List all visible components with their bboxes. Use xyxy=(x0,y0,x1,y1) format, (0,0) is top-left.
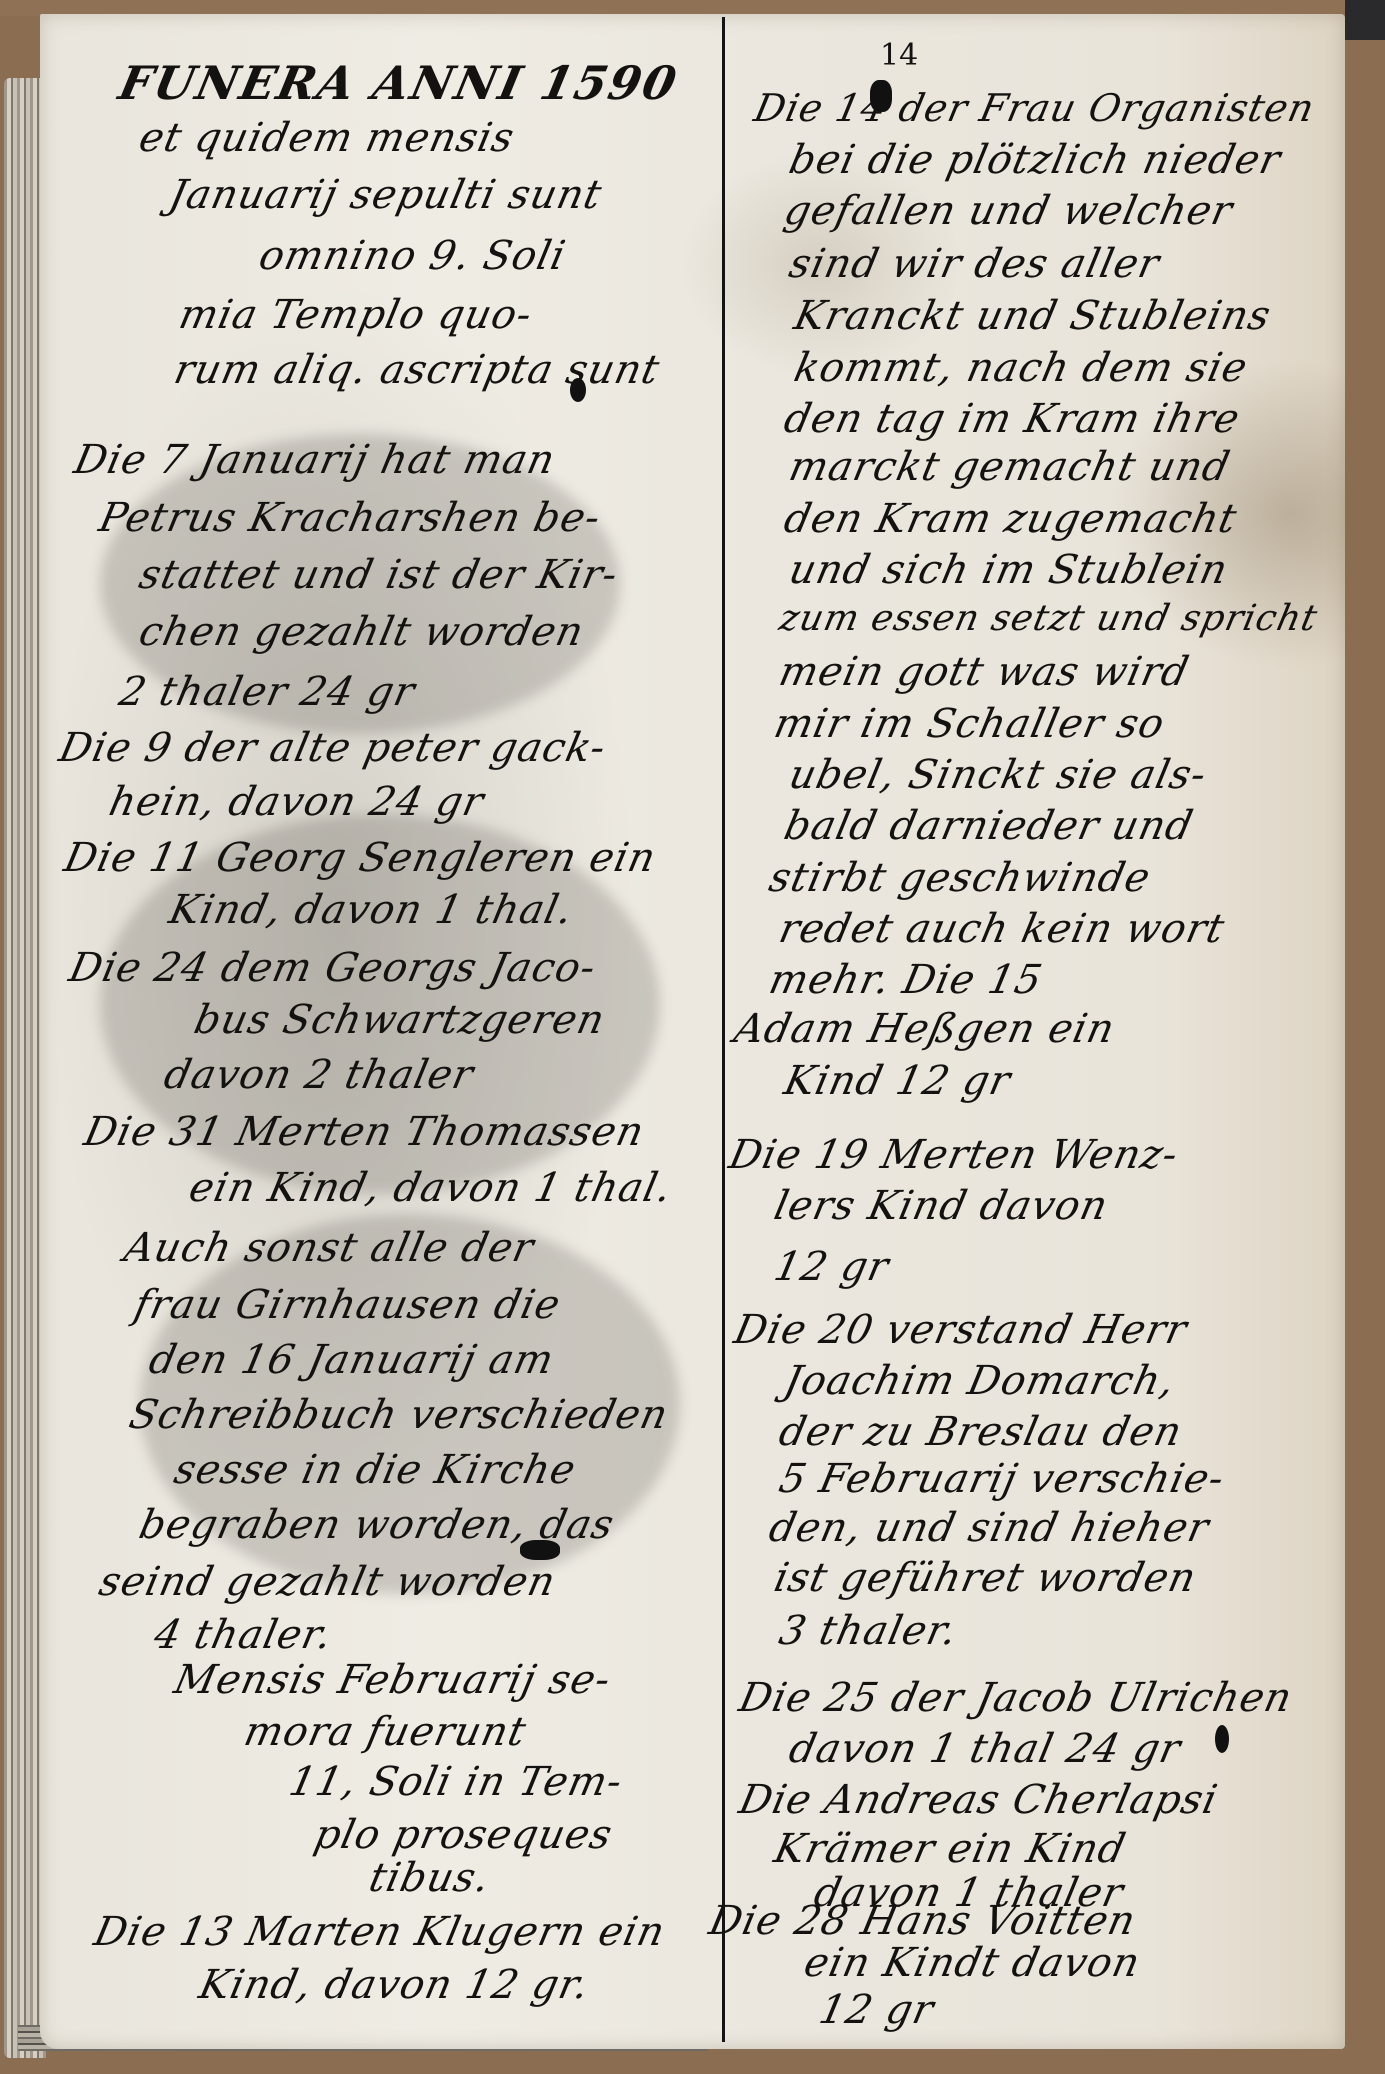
manuscript-line: Die 28 Hans Voitten xyxy=(706,1901,1140,1941)
manuscript-line: stattet und ist der Kir- xyxy=(136,555,622,595)
manuscript-line: begraben worden, das xyxy=(136,1505,618,1545)
manuscript-line: zum essen setzt und spricht xyxy=(776,601,1321,637)
manuscript-line: Schreibbuch verschieden xyxy=(126,1395,672,1435)
manuscript-line: ist geführet worden xyxy=(771,1558,1200,1598)
ink-blot xyxy=(570,378,586,402)
manuscript-line: mehr. Die 15 xyxy=(766,960,1046,1000)
manuscript-line: Die Andreas Cherlapsi xyxy=(736,1780,1222,1820)
ink-blot xyxy=(1215,1725,1229,1753)
ink-blot xyxy=(870,80,892,112)
frame-corner xyxy=(1345,0,1385,40)
manuscript-line: sesse in die Kirche xyxy=(171,1450,580,1490)
manuscript-line: mir im Schaller so xyxy=(771,704,1169,744)
manuscript-line: Mensis Februarij se- xyxy=(171,1660,615,1700)
manuscript-line: Die 19 Merten Wenz- xyxy=(726,1135,1182,1175)
manuscript-line: rum aliq. ascripta sunt xyxy=(171,350,664,390)
manuscript-line: 12 gr xyxy=(771,1247,893,1287)
manuscript-line: marckt gemacht und xyxy=(786,447,1234,487)
manuscript-line: Kind, davon 12 gr. xyxy=(196,1965,593,2005)
manuscript-line: mora fuerunt xyxy=(241,1712,530,1752)
manuscript-line: Joachim Domarch, xyxy=(781,1361,1179,1401)
manuscript-line: 2 thaler 24 gr xyxy=(116,672,419,712)
manuscript-line: Adam Heßgen ein xyxy=(731,1009,1119,1049)
manuscript-line: ein Kind, davon 1 thal. xyxy=(186,1168,676,1208)
manuscript-line: den 16 Januarij am xyxy=(146,1340,558,1380)
manuscript-line: Die 13 Marten Klugern ein xyxy=(91,1912,669,1952)
manuscript-line: Die 9 der alte peter gack- xyxy=(56,728,610,768)
manuscript-line: omnino 9. Soli xyxy=(256,236,570,276)
manuscript-line: FUNERA ANNI 1590 xyxy=(115,60,682,106)
manuscript-line: sind wir des aller xyxy=(786,244,1164,284)
manuscript-line: et quidem mensis xyxy=(136,118,518,158)
manuscript-line: Kind, davon 1 thal. xyxy=(166,890,577,930)
manuscript-line: kommt, nach dem sie xyxy=(791,348,1252,388)
manuscript-line: Die 14 der Frau Organisten xyxy=(751,89,1318,127)
manuscript-line: Auch sonst alle der xyxy=(121,1228,538,1268)
manuscript-line: davon 1 thal 24 gr xyxy=(786,1729,1185,1769)
manuscript-line: bei die plötzlich nieder xyxy=(786,140,1285,180)
manuscript-line: Die 7 Januarij hat man xyxy=(71,440,559,480)
manuscript-line: Die 24 dem Georgs Jaco- xyxy=(66,948,600,988)
manuscript-line: stirbt geschwinde xyxy=(766,858,1154,898)
manuscript-line: Petrus Kracharshen be- xyxy=(96,498,605,538)
manuscript-line: Die 11 Georg Sengleren ein xyxy=(61,838,660,878)
manuscript-line: 3 thaler. xyxy=(776,1611,961,1651)
manuscript-line: Die 20 verstand Herr xyxy=(731,1310,1191,1350)
manuscript-line: den Kram zugemacht xyxy=(781,499,1241,539)
manuscript-line: hein, davon 24 gr xyxy=(106,782,488,822)
manuscript-line: mein gott was wird xyxy=(776,652,1193,692)
manuscript-line: der zu Breslau den xyxy=(776,1412,1186,1452)
manuscript-line: bus Schwartzgeren xyxy=(191,1000,609,1040)
manuscript-line: ein Kindt davon xyxy=(801,1943,1144,1983)
manuscript-line: und sich im Stublein xyxy=(786,550,1232,590)
manuscript-line: mia Templo quo- xyxy=(176,295,536,335)
manuscript-line: Kind 12 gr xyxy=(781,1061,1015,1101)
manuscript-line: plo proseques xyxy=(311,1815,616,1855)
manuscript-line: ubel, Sinckt sie als- xyxy=(786,755,1211,795)
ink-blot xyxy=(520,1540,560,1560)
column-divider xyxy=(722,17,725,2042)
manuscript-line: Krämer ein Kind xyxy=(771,1829,1130,1869)
manuscript-line: redet auch kein wort xyxy=(776,909,1229,949)
manuscript-line: tibus. xyxy=(366,1858,494,1898)
manuscript-line: 12 gr xyxy=(816,1990,938,2030)
manuscript-line: den, und sind hieher xyxy=(766,1508,1213,1548)
manuscript-line: gefallen und welcher xyxy=(781,191,1237,231)
manuscript-line: 5 Februarij verschie- xyxy=(776,1459,1228,1499)
manuscript-line: Die 31 Merten Thomassen xyxy=(81,1112,648,1152)
manuscript-line: seind gezahlt worden xyxy=(96,1562,560,1602)
manuscript-line: 11, Soli in Tem- xyxy=(286,1762,627,1802)
manuscript-line: frau Girnhausen die xyxy=(131,1285,565,1325)
manuscript-line: 4 thaler. xyxy=(151,1615,336,1655)
manuscript-line: Die 25 der Jacob Ulrichen xyxy=(736,1678,1296,1718)
manuscript-line: bald darnieder und xyxy=(781,806,1197,846)
manuscript-line: chen gezahlt worden xyxy=(136,612,588,652)
manuscript-line: Kranckt und Stubleins xyxy=(791,296,1275,336)
page-number: 14 xyxy=(880,38,918,73)
manuscript-line: lers Kind davon xyxy=(771,1186,1112,1226)
manuscript-line: davon 2 thaler xyxy=(161,1055,478,1095)
manuscript-line: Januarij sepulti sunt xyxy=(166,175,606,215)
manuscript-line: den tag im Kram ihre xyxy=(781,399,1244,439)
